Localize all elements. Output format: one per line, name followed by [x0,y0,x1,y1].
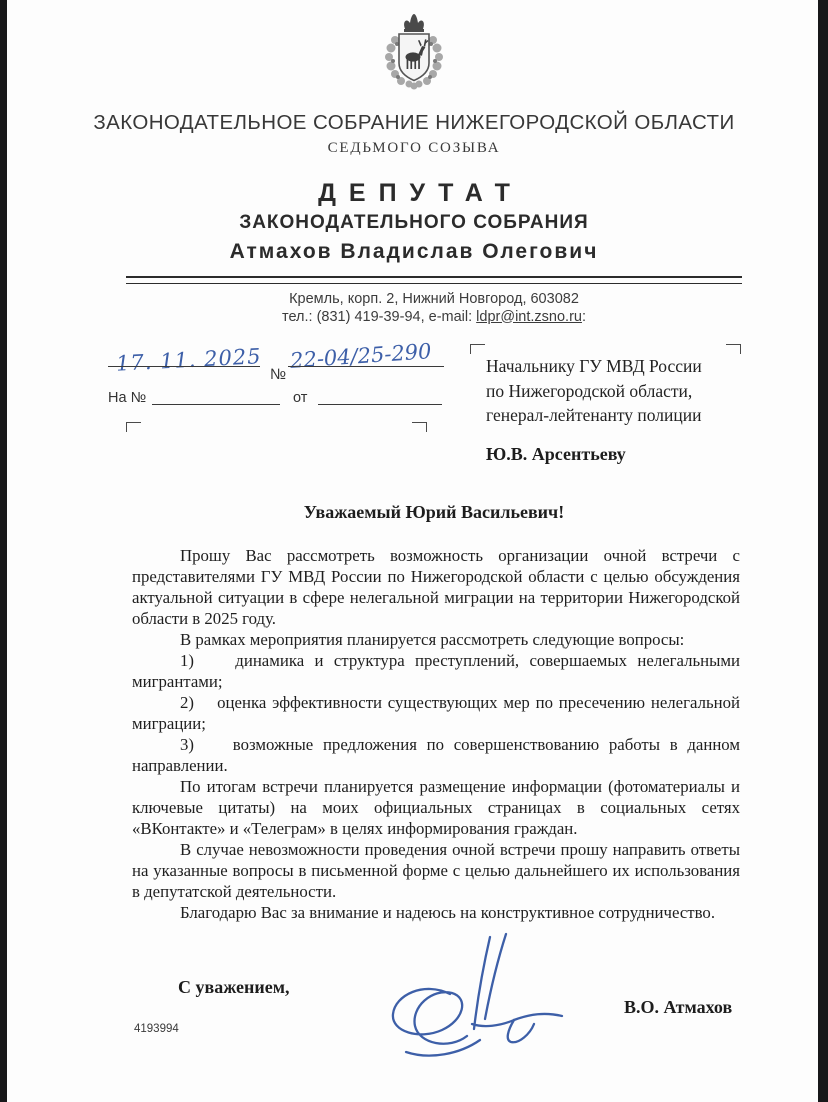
reply-number-blank-line [152,404,280,405]
addressee-name: Ю.В. Арсентьеву [486,444,626,465]
addressee-line: Начальнику ГУ МВД России [486,354,702,379]
addressee-line: генерал-лейтенанту полиции [486,403,702,428]
scanned-letter-page: ЗАКОНОДАТЕЛЬНОЕ СОБРАНИЕ НИЖЕГОРОДСКОЙ О… [0,0,828,1102]
convocation-line: СЕДЬМОГО СОЗЫВА [0,140,828,157]
reply-to-number-label: На № [108,390,146,406]
role-organization: ЗАКОНОДАТЕЛЬНОГО СОБРАНИЯ [0,212,828,234]
header-divider-rule [126,276,742,284]
letter-body: Прошу Вас рассмотреть возможность органи… [132,545,740,923]
corner-mark [126,422,141,432]
paragraph: Благодарю Вас за внимание и надеюсь на к… [132,902,740,923]
list-item: 3) возможные предложения по совершенство… [132,734,740,776]
reference-block: 17. 11. 2025 № 22-04/25-290 На № от Нача… [0,336,828,476]
email-address: ldpr@int.zsno.ru [476,309,582,325]
contact-phone-email: тел.: (831) 419-39-94, e-mail: ldpr@int.… [126,309,742,327]
handwritten-signature-icon [372,931,592,1068]
document-code: 4193994 [134,1023,179,1035]
number-blank-line [288,366,444,367]
corner-mark [412,422,427,432]
letterhead: ЗАКОНОДАТЕЛЬНОЕ СОБРАНИЕ НИЖЕГОРОДСКОЙ О… [0,0,828,264]
organization-name: ЗАКОНОДАТЕЛЬНОЕ СОБРАНИЕ НИЖЕГОРОДСКОЙ О… [0,111,828,135]
list-item: 2) оценка эффективности существующих мер… [132,692,740,734]
addressee-block: Начальнику ГУ МВД России по Нижегородско… [486,354,702,428]
signer-name: В.О. Атмахов [624,997,732,1018]
addressee-line: по Нижегородской области, [486,379,702,404]
corner-mark [470,344,485,354]
reply-from-label: от [293,390,307,406]
handwritten-outgoing-number: 22-04/25-290 [289,339,432,373]
deputy-name: Атмахов Владислав Олегович [0,240,828,264]
handwritten-date: 17. 11. 2025 [115,344,262,376]
number-sign-label: № [270,366,286,383]
date-blank-line [108,366,260,367]
email-suffix: : [582,309,586,325]
salutation: Уважаемый Юрий Васильевич! [126,502,742,523]
contact-address: Кремль, корп. 2, Нижний Новгород, 603082 [126,291,742,309]
role-title: ДЕПУТАТ [0,179,828,208]
reply-date-blank-line [318,404,442,405]
paragraph: Прошу Вас рассмотреть возможность органи… [132,545,740,629]
closing-phrase: С уважением, [178,977,290,998]
contact-info: Кремль, корп. 2, Нижний Новгород, 603082… [126,291,742,326]
closing-block: С уважением, В.О. Атмахов 4193994 [126,931,742,1081]
paragraph: В рамках мероприятия планируется рассмот… [132,629,740,650]
paragraph: По итогам встречи планируется размещение… [132,776,740,839]
list-item: 1) динамика и структура преступлений, со… [132,650,740,692]
scan-edge-left [0,0,7,1102]
coat-of-arms-deer-icon [364,12,464,107]
corner-mark [726,344,741,354]
paragraph: В случае невозможности проведения очной … [132,839,740,902]
phone-label: тел.: (831) 419-39-94, e-mail: [282,309,476,325]
scan-edge-right [818,0,828,1102]
